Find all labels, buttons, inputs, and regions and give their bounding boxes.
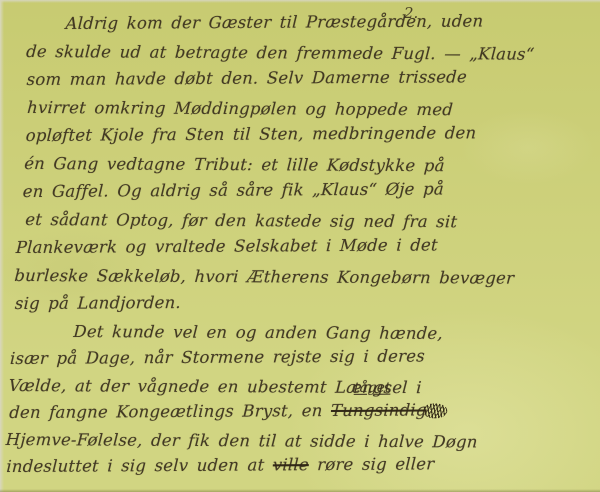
- manuscript-page: 2. Aldrig kom der Gæster til Præstegårde…: [0, 0, 600, 492]
- inserted-word: tåget: [354, 382, 391, 396]
- manuscript-line: som man havde døbt den. Selv Damerne tri…: [26, 63, 495, 94]
- manuscript-line: indesluttet i sig selv uden at ville rør…: [6, 450, 475, 480]
- manuscript-line: Aldrig kom der Gæster til Præstegården, …: [65, 7, 498, 38]
- manuscript-text: Aldrig kom der Gæster til Præstegården, …: [4, 10, 499, 480]
- manuscript-line: sig på Landjorden.: [14, 287, 483, 318]
- manuscript-line: den fangne Kongeætlings Bryst, en tågetT…: [9, 396, 478, 426]
- line-text: den fangne Kongeætlings Bryst, en: [9, 401, 332, 422]
- struck-word: Tungsindig: [331, 400, 428, 420]
- manuscript-line: især på Dage, når Stormene rejste sig i …: [9, 342, 480, 372]
- manuscript-line: opløftet Kjole fra Sten til Sten, medbri…: [25, 119, 492, 150]
- line-text: røre sig eller: [308, 454, 434, 474]
- manuscript-line: Plankeværk og vraltede Selskabet i Møde …: [15, 231, 486, 262]
- ink-scribble-icon: [423, 403, 448, 418]
- line-text: indesluttet i sig selv uden at: [6, 455, 273, 476]
- struck-word: ville: [272, 455, 309, 474]
- paper-edge-left: [0, 0, 4, 492]
- paper-edge-top: [0, 0, 600, 3]
- correction: tågetTungsindig: [330, 396, 448, 424]
- manuscript-line: en Gaffel. Og aldrig så såre fik „Klaus“…: [22, 175, 489, 206]
